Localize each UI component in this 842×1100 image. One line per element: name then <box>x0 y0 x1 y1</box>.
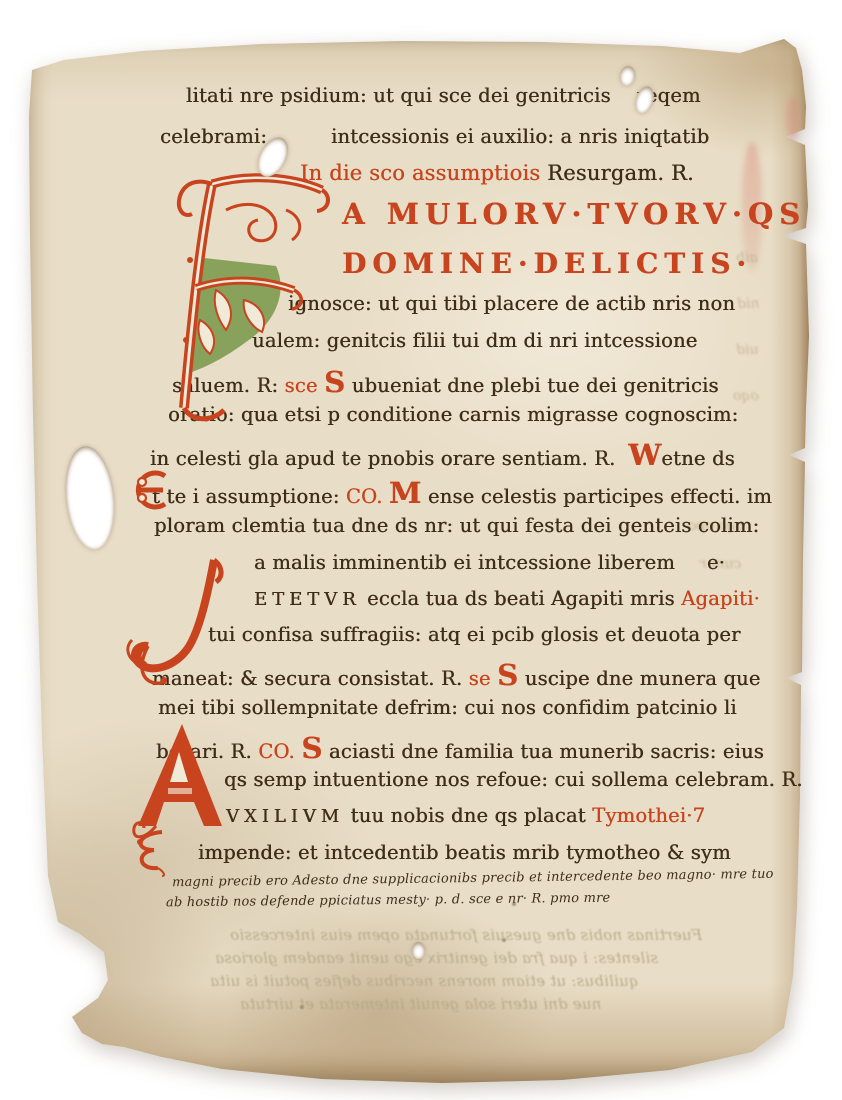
red-offset-stain-small <box>786 96 800 140</box>
foxing-speck <box>512 902 516 906</box>
red-offset-stain <box>742 142 762 272</box>
photo-stage: Fuertinas nobis dne guesuis fortunata op… <box>0 0 842 1100</box>
parchment-leaf <box>22 36 814 1088</box>
foxing-speck <box>300 1005 304 1009</box>
foxing-speck <box>502 938 506 942</box>
parchment-leaf-wrap <box>22 36 814 1088</box>
